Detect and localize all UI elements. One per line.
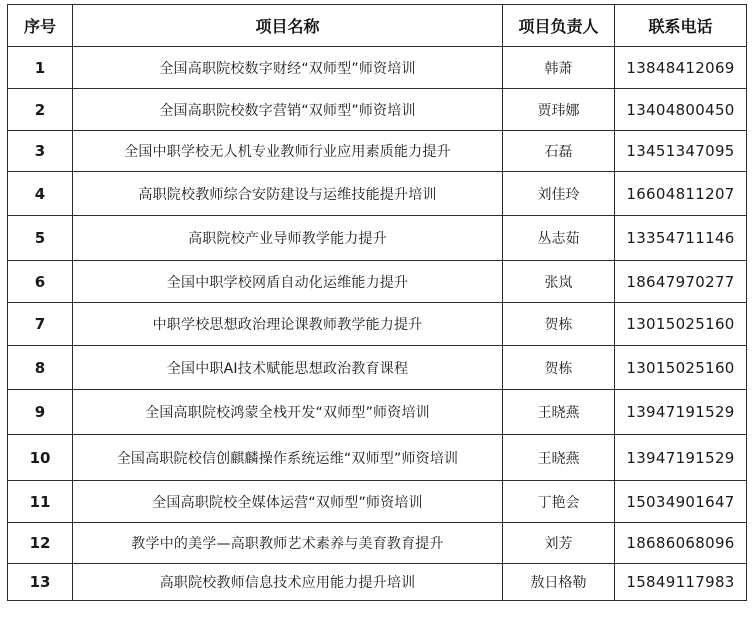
- row-index: 4: [8, 172, 73, 216]
- header-project-name: 项目名称: [73, 5, 503, 47]
- row-project-name: 教学中的美学—高职教师艺术素养与美育教育提升: [73, 523, 503, 564]
- row-index: 12: [8, 523, 73, 564]
- row-phone: 13451347095: [615, 131, 747, 172]
- row-lead: 贾玮娜: [503, 89, 615, 131]
- row-lead: 贺栋: [503, 303, 615, 346]
- row-project-name: 全国中职学校网盾自动化运维能力提升: [73, 261, 503, 303]
- row-index: 5: [8, 216, 73, 261]
- row-index: 8: [8, 346, 73, 390]
- project-contact-table: 序号 项目名称 项目负责人 联系电话 1 全国高职院校数字财经“双师型”师资培训…: [7, 4, 747, 601]
- row-phone: 18647970277: [615, 261, 747, 303]
- row-phone: 13404800450: [615, 89, 747, 131]
- row-phone: 13015025160: [615, 346, 747, 390]
- header-row: 序号 项目名称 项目负责人 联系电话: [8, 5, 747, 47]
- row-project-name: 高职院校教师综合安防建设与运维技能提升培训: [73, 172, 503, 216]
- table-row: 11 全国高职院校全媒体运营“双师型”师资培训 丁艳会 15034901647: [8, 481, 747, 523]
- row-project-name: 全国高职院校数字营销“双师型”师资培训: [73, 89, 503, 131]
- row-project-name: 全国中职AI技术赋能思想政治教育课程: [73, 346, 503, 390]
- table-row: 10 全国高职院校信创麒麟操作系统运维“双师型”师资培训 王晓燕 1394719…: [8, 435, 747, 481]
- row-index: 9: [8, 390, 73, 435]
- row-project-name: 高职院校产业导师教学能力提升: [73, 216, 503, 261]
- table-row: 2 全国高职院校数字营销“双师型”师资培训 贾玮娜 13404800450: [8, 89, 747, 131]
- row-phone: 18686068096: [615, 523, 747, 564]
- row-lead: 丁艳会: [503, 481, 615, 523]
- table-row: 9 全国高职院校鸿蒙全栈开发“双师型”师资培训 王晓燕 13947191529: [8, 390, 747, 435]
- row-index: 6: [8, 261, 73, 303]
- table-row: 6 全国中职学校网盾自动化运维能力提升 张岚 18647970277: [8, 261, 747, 303]
- table-row: 13 高职院校教师信息技术应用能力提升培训 敖日格勒 15849117983: [8, 564, 747, 601]
- row-index: 7: [8, 303, 73, 346]
- table-row: 8 全国中职AI技术赋能思想政治教育课程 贺栋 13015025160: [8, 346, 747, 390]
- row-project-name: 高职院校教师信息技术应用能力提升培训: [73, 564, 503, 601]
- table-row: 3 全国中职学校无人机专业教师行业应用素质能力提升 石磊 13451347095: [8, 131, 747, 172]
- row-phone: 13015025160: [615, 303, 747, 346]
- table-row: 5 高职院校产业导师教学能力提升 丛志茹 13354711146: [8, 216, 747, 261]
- row-phone: 15849117983: [615, 564, 747, 601]
- header-phone: 联系电话: [615, 5, 747, 47]
- row-lead: 敖日格勒: [503, 564, 615, 601]
- row-index: 1: [8, 47, 73, 89]
- row-index: 13: [8, 564, 73, 601]
- row-lead: 丛志茹: [503, 216, 615, 261]
- row-project-name: 全国高职院校数字财经“双师型”师资培训: [73, 47, 503, 89]
- row-project-name: 全国高职院校信创麒麟操作系统运维“双师型”师资培训: [73, 435, 503, 481]
- row-index: 11: [8, 481, 73, 523]
- row-lead: 韩萧: [503, 47, 615, 89]
- table-row: 12 教学中的美学—高职教师艺术素养与美育教育提升 刘芳 18686068096: [8, 523, 747, 564]
- row-phone: 13848412069: [615, 47, 747, 89]
- row-lead: 石磊: [503, 131, 615, 172]
- row-lead: 刘佳玲: [503, 172, 615, 216]
- header-index: 序号: [8, 5, 73, 47]
- row-index: 3: [8, 131, 73, 172]
- row-phone: 13354711146: [615, 216, 747, 261]
- header-lead: 项目负责人: [503, 5, 615, 47]
- table-row: 1 全国高职院校数字财经“双师型”师资培训 韩萧 13848412069: [8, 47, 747, 89]
- table-row: 7 中职学校思想政治理论课教师教学能力提升 贺栋 13015025160: [8, 303, 747, 346]
- table-row: 4 高职院校教师综合安防建设与运维技能提升培训 刘佳玲 16604811207: [8, 172, 747, 216]
- row-lead: 王晓燕: [503, 435, 615, 481]
- row-phone: 15034901647: [615, 481, 747, 523]
- row-phone: 13947191529: [615, 435, 747, 481]
- row-project-name: 全国高职院校全媒体运营“双师型”师资培训: [73, 481, 503, 523]
- row-index: 10: [8, 435, 73, 481]
- row-lead: 刘芳: [503, 523, 615, 564]
- row-lead: 张岚: [503, 261, 615, 303]
- row-phone: 16604811207: [615, 172, 747, 216]
- row-phone: 13947191529: [615, 390, 747, 435]
- row-project-name: 全国高职院校鸿蒙全栈开发“双师型”师资培训: [73, 390, 503, 435]
- row-lead: 贺栋: [503, 346, 615, 390]
- row-index: 2: [8, 89, 73, 131]
- row-project-name: 中职学校思想政治理论课教师教学能力提升: [73, 303, 503, 346]
- row-project-name: 全国中职学校无人机专业教师行业应用素质能力提升: [73, 131, 503, 172]
- row-lead: 王晓燕: [503, 390, 615, 435]
